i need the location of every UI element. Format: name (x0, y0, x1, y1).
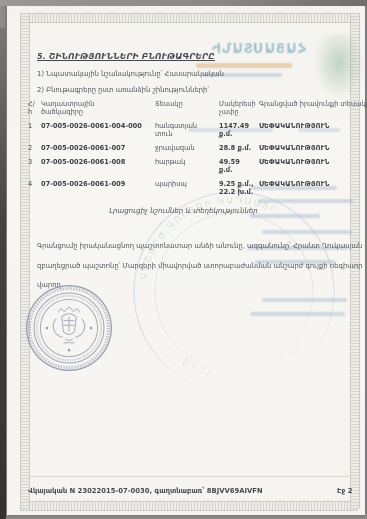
row-registered-right: ՍԵՓԱԿԱՆՈՒԹՅՈՒՆ (259, 144, 356, 152)
scanned-certificate-page: ՀԱՅԱՍՏԱՆԻ ESTATE CADASTRE ԱՆՇԱՐԺ ԳՈՒՅՔԻ … (0, 0, 367, 519)
page-number: Էջ 2 (337, 487, 352, 495)
row-area: 1147.49 ք.մ. (219, 122, 259, 138)
row-cadastral-code: 07-005-0026-0061-004-000 (41, 122, 155, 138)
frame-band-top (20, 13, 358, 23)
official-seal-stamp (23, 281, 115, 375)
row-registered-right: ՍԵՓԱԿԱՆՈՒԹՅՈՒՆ (259, 122, 356, 138)
row-type: ջրավազան (155, 144, 219, 152)
ghost-coat-of-arms (314, 34, 364, 98)
row-registered-right: ՍԵՓԱԿԱՆՈՒԹՅՈՒՆ (259, 158, 356, 174)
registrar-name-line: Գրանցումը իրականացնող պաշտոնատար անձի ան… (37, 242, 362, 250)
header-cadastral-code: Կադաստրային ծածկագիրը (41, 100, 103, 116)
table-row: 1 07-005-0026-0061-004-000 հանգստյան տու… (28, 122, 356, 138)
purpose-line: 1) Նպատակային նշանակությունը՝ Հասարակակա… (37, 70, 224, 78)
row-area: 9.25 ք.մ., 22.2 խ.մ. (219, 180, 259, 196)
svg-text:ESTATE CADASTRE: ESTATE CADASTRE (178, 328, 313, 399)
header-type: Տեսակը (155, 100, 219, 116)
coat-of-arms-icon (53, 307, 85, 343)
characteristics-line: 2) Բնութագրերը ըստ առանձին շինություններ… (37, 86, 209, 94)
row-registered-right: ՍԵՓԱԿԱՆՈՒԹՅՈՒՆ (259, 180, 356, 196)
row-type: հանգստյան տուն (155, 122, 219, 138)
frame-band-bottom (20, 501, 358, 511)
watermark-text-en: ESTATE CADASTRE (178, 328, 313, 399)
row-type: պարիսպ (155, 180, 219, 196)
row-cadastral-code: 07-005-0026-0061-008 (41, 158, 155, 174)
notes-heading: Լրացուցիչ նշումներ և տեղեկություններ (0, 207, 367, 215)
scan-edge-shadow-left (0, 28, 6, 519)
frame-band-left (20, 13, 30, 509)
row-cadastral-code: 07-005-0026-0061-009 (41, 180, 155, 196)
table-row: 3 07-005-0026-0061-008 հարթակ 49.59 ք.մ.… (28, 158, 356, 174)
registrar-position-line: զբաղեցրած պաշտոնը՝ Մարզերի միավորված ստո… (37, 262, 362, 270)
table-header-row: Հ/հ Կադաստրային ծածկագիրը Տեսակը Մակերես… (28, 100, 356, 116)
row-area: 49.59 ք.մ. (219, 158, 259, 174)
section-title: 5. ՇԻՆՈՒԹՅՈՒՆՆԵՐԻ ԲՆՈՒԹԱԳՐԵՐԸ (37, 52, 215, 61)
header-registered-right: Գրանցված իրավունքի տեսակը (259, 100, 367, 116)
table-row: 4 07-005-0026-0061-009 պարիսպ 9.25 ք.մ.,… (28, 180, 356, 196)
row-no: 3 (28, 158, 41, 174)
certificate-number-line: Վկայական N 23022015-07-0030, գաղտնաբառ՝ … (28, 487, 263, 495)
ghost-text-bar (196, 63, 292, 68)
row-type: հարթակ (155, 158, 219, 174)
row-cadastral-code: 07-005-0026-0061-007 (41, 144, 155, 152)
scan-edge-shadow-top (0, 0, 367, 6)
row-no: 4 (28, 180, 41, 196)
header-area: Մակերեսի չափը (219, 100, 259, 116)
buildings-table: Հ/հ Կադաստրային ծածկագիրը Տեսակը Մակերես… (28, 100, 356, 202)
header-no: Հ/հ (28, 100, 41, 116)
row-no: 1 (28, 122, 41, 138)
table-row: 2 07-005-0026-0061-007 ջրավազան 28.8 ք.մ… (28, 144, 356, 152)
row-no: 2 (28, 144, 41, 152)
footer-divider (29, 476, 351, 477)
row-area: 28.8 ք.մ. (219, 144, 259, 152)
